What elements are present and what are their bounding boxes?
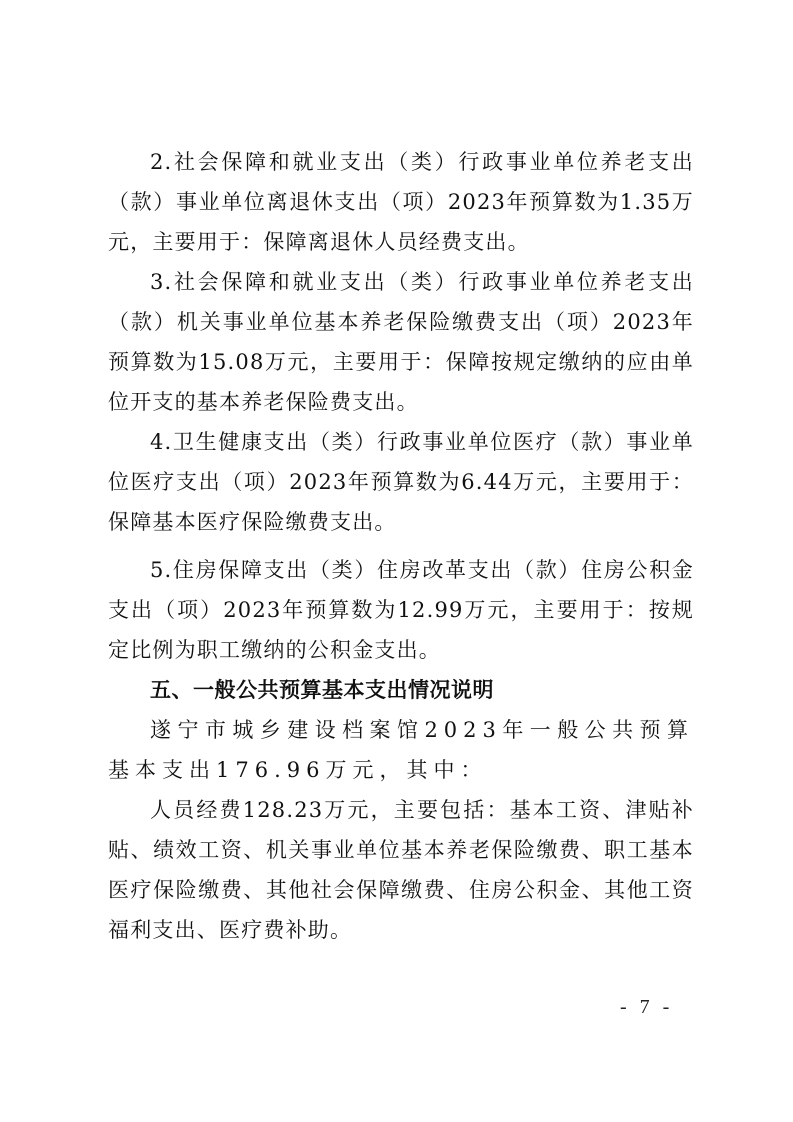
page-number: - 7 -	[620, 996, 673, 1019]
paragraph-personnel: 人员经费128.23万元，主要包括：基本工资、津贴补贴、绩效工资、机关事业单位基…	[108, 790, 694, 950]
section-heading: 五、一般公共预算基本支出情况说明	[108, 670, 694, 710]
document-page: 2.社会保障和就业支出（类）行政事业单位养老支出（款）事业单位离退休支出（项）2…	[0, 0, 793, 1122]
paragraph-item-2: 2.社会保障和就业支出（类）行政事业单位养老支出（款）事业单位离退休支出（项）2…	[108, 142, 694, 262]
paragraph-item-4: 4.卫生健康支出（类）行政事业单位医疗（款）事业单位医疗支出（项）2023年预算…	[108, 422, 694, 542]
document-body: 2.社会保障和就业支出（类）行政事业单位养老支出（款）事业单位离退休支出（项）2…	[108, 142, 694, 950]
paragraph-item-5: 5.住房保障支出（类）住房改革支出（款）住房公积金支出（项）2023年预算数为1…	[108, 550, 694, 670]
paragraph-item-3: 3.社会保障和就业支出（类）行政事业单位养老支出（款）机关事业单位基本养老保险缴…	[108, 262, 694, 422]
paragraph-summary: 遂宁市城乡建设档案馆2023年一般公共预算基本支出176.96万元，其中：	[108, 710, 694, 790]
